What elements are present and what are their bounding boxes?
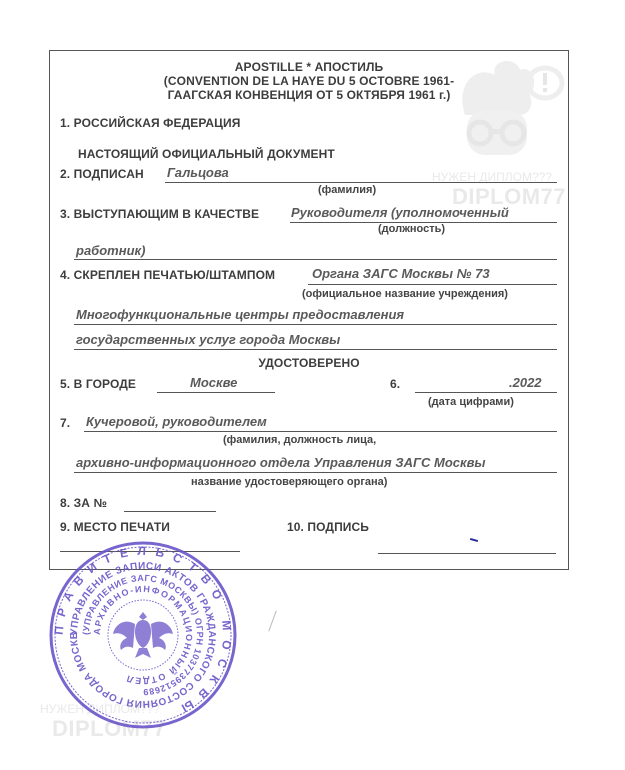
certified-heading: УДОСТОВЕРЕНО [49,356,569,370]
field-7-underline-2 [74,472,557,473]
field-3-underline-2 [74,259,557,260]
pen-stroke [268,610,276,631]
field-5-label: 5. В ГОРОДЕ [60,377,136,391]
field-6-caption: (дата цифрами) [428,396,514,408]
apostille-title: APOSTILLE * АПОСТИЛЬ [49,60,569,74]
field-2-underline [165,182,557,183]
field-6-label: 6. [390,377,400,391]
field-3-caption: (должность) [378,223,445,235]
field-1-label: 1. РОССИЙСКАЯ ФЕДЕРАЦИЯ [60,116,240,130]
field-4-underline-2 [74,324,557,325]
field-5-underline [157,392,275,393]
field-3-value-line-2: работник) [76,243,145,258]
official-stamp: ПРАВИТЕЛЬСТВО МОСКВЫ УПРАВЛЕНИЕ ЗАПИСИ А… [48,540,238,730]
field-8-label: 8. ЗА № [60,496,107,510]
field-7-caption-1: (фамилия, должность лица, [223,434,376,446]
convention-line-1: (CONVENTION DE LA HAYE DU 5 OCTOBRE 1961… [49,74,569,88]
field-2-value: Гальцова [167,165,229,180]
field-7-value-line-2: архивно-информационного отдела Управлени… [76,455,486,470]
field-5-value: Москве [190,375,237,390]
field-6-value: .2022 [509,375,542,390]
field-4-caption: (официальное название учреждения) [302,288,508,300]
field-4-value-line-2: Многофункциональные центры предоставлени… [76,307,404,322]
field-6-underline [415,392,557,393]
field-9-label: 9. МЕСТО ПЕЧАТИ [60,520,170,534]
field-4-underline-3 [74,349,557,350]
field-3-value-line-1: Руководителя (уполномоченный [291,205,509,220]
field-10-underline [378,553,556,554]
field-7-caption-2: название удостоверяющего органа) [191,476,387,488]
field-8-underline [124,511,216,512]
field-7-label: 7. [60,416,70,430]
field-2-caption: (фамилия) [318,184,376,196]
field-7-underline [84,431,557,432]
field-1-subtitle: НАСТОЯЩИЙ ОФИЦИАЛЬНЫЙ ДОКУМЕНТ [78,147,335,161]
field-4-label: 4. СКРЕПЛЕН ПЕЧАТЬЮ/ШТАМПОМ [60,268,275,282]
field-3-label: 3. ВЫСТУПАЮЩИМ В КАЧЕСТВЕ [60,207,259,221]
convention-line-2: ГААГСКАЯ КОНВЕНЦИЯ ОТ 5 ОКТЯБРЯ 1961 г.) [49,88,569,102]
coat-of-arms-icon [113,612,173,658]
field-4-underline [308,284,557,285]
field-4-value-line-1: Органа ЗАГС Москвы № 73 [312,266,490,281]
field-10-label: 10. ПОДПИСЬ [287,520,369,534]
field-2-label: 2. ПОДПИСАН [60,167,144,181]
field-4-value-line-3: государственных услуг города Москвы [76,332,340,347]
field-7-value-line-1: Кучеровой, руководителем [86,414,267,429]
